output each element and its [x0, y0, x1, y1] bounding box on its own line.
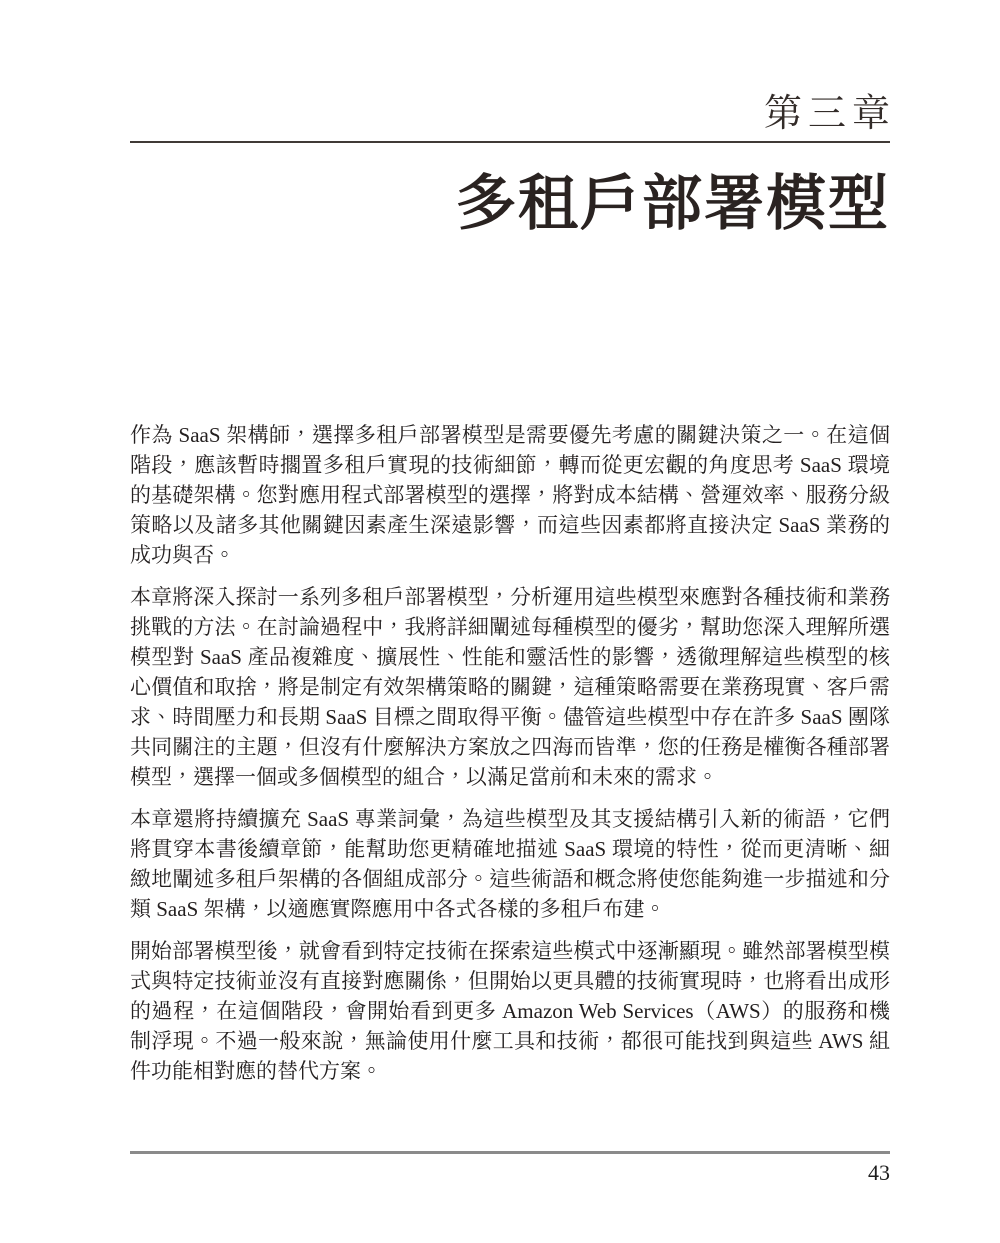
book-page: 第三章 多租戶部署模型 作為 SaaS 架構師，選擇多租戶部署模型是需要優先考慮…	[0, 0, 1000, 1243]
body-text-block: 作為 SaaS 架構師，選擇多租戶部署模型是需要優先考慮的關鍵決策之一。在這個階…	[130, 420, 890, 1098]
body-paragraph: 開始部署模型後，就會看到特定技術在探索這些模式中逐漸顯現。雖然部署模型模式與特定…	[130, 936, 890, 1086]
body-paragraph: 作為 SaaS 架構師，選擇多租戶部署模型是需要優先考慮的關鍵決策之一。在這個階…	[130, 420, 890, 570]
footer-rule	[130, 1151, 890, 1154]
page-title: 多租戶部署模型	[456, 172, 890, 236]
header-rule	[130, 141, 890, 143]
page-number: 43	[868, 1160, 890, 1186]
chapter-label: 第三章	[764, 94, 896, 134]
body-paragraph: 本章還將持續擴充 SaaS 專業詞彙，為這些模型及其支援結構引入新的術語，它們將…	[130, 804, 890, 924]
body-paragraph: 本章將深入探討一系列多租戶部署模型，分析運用這些模型來應對各種技術和業務挑戰的方…	[130, 582, 890, 792]
